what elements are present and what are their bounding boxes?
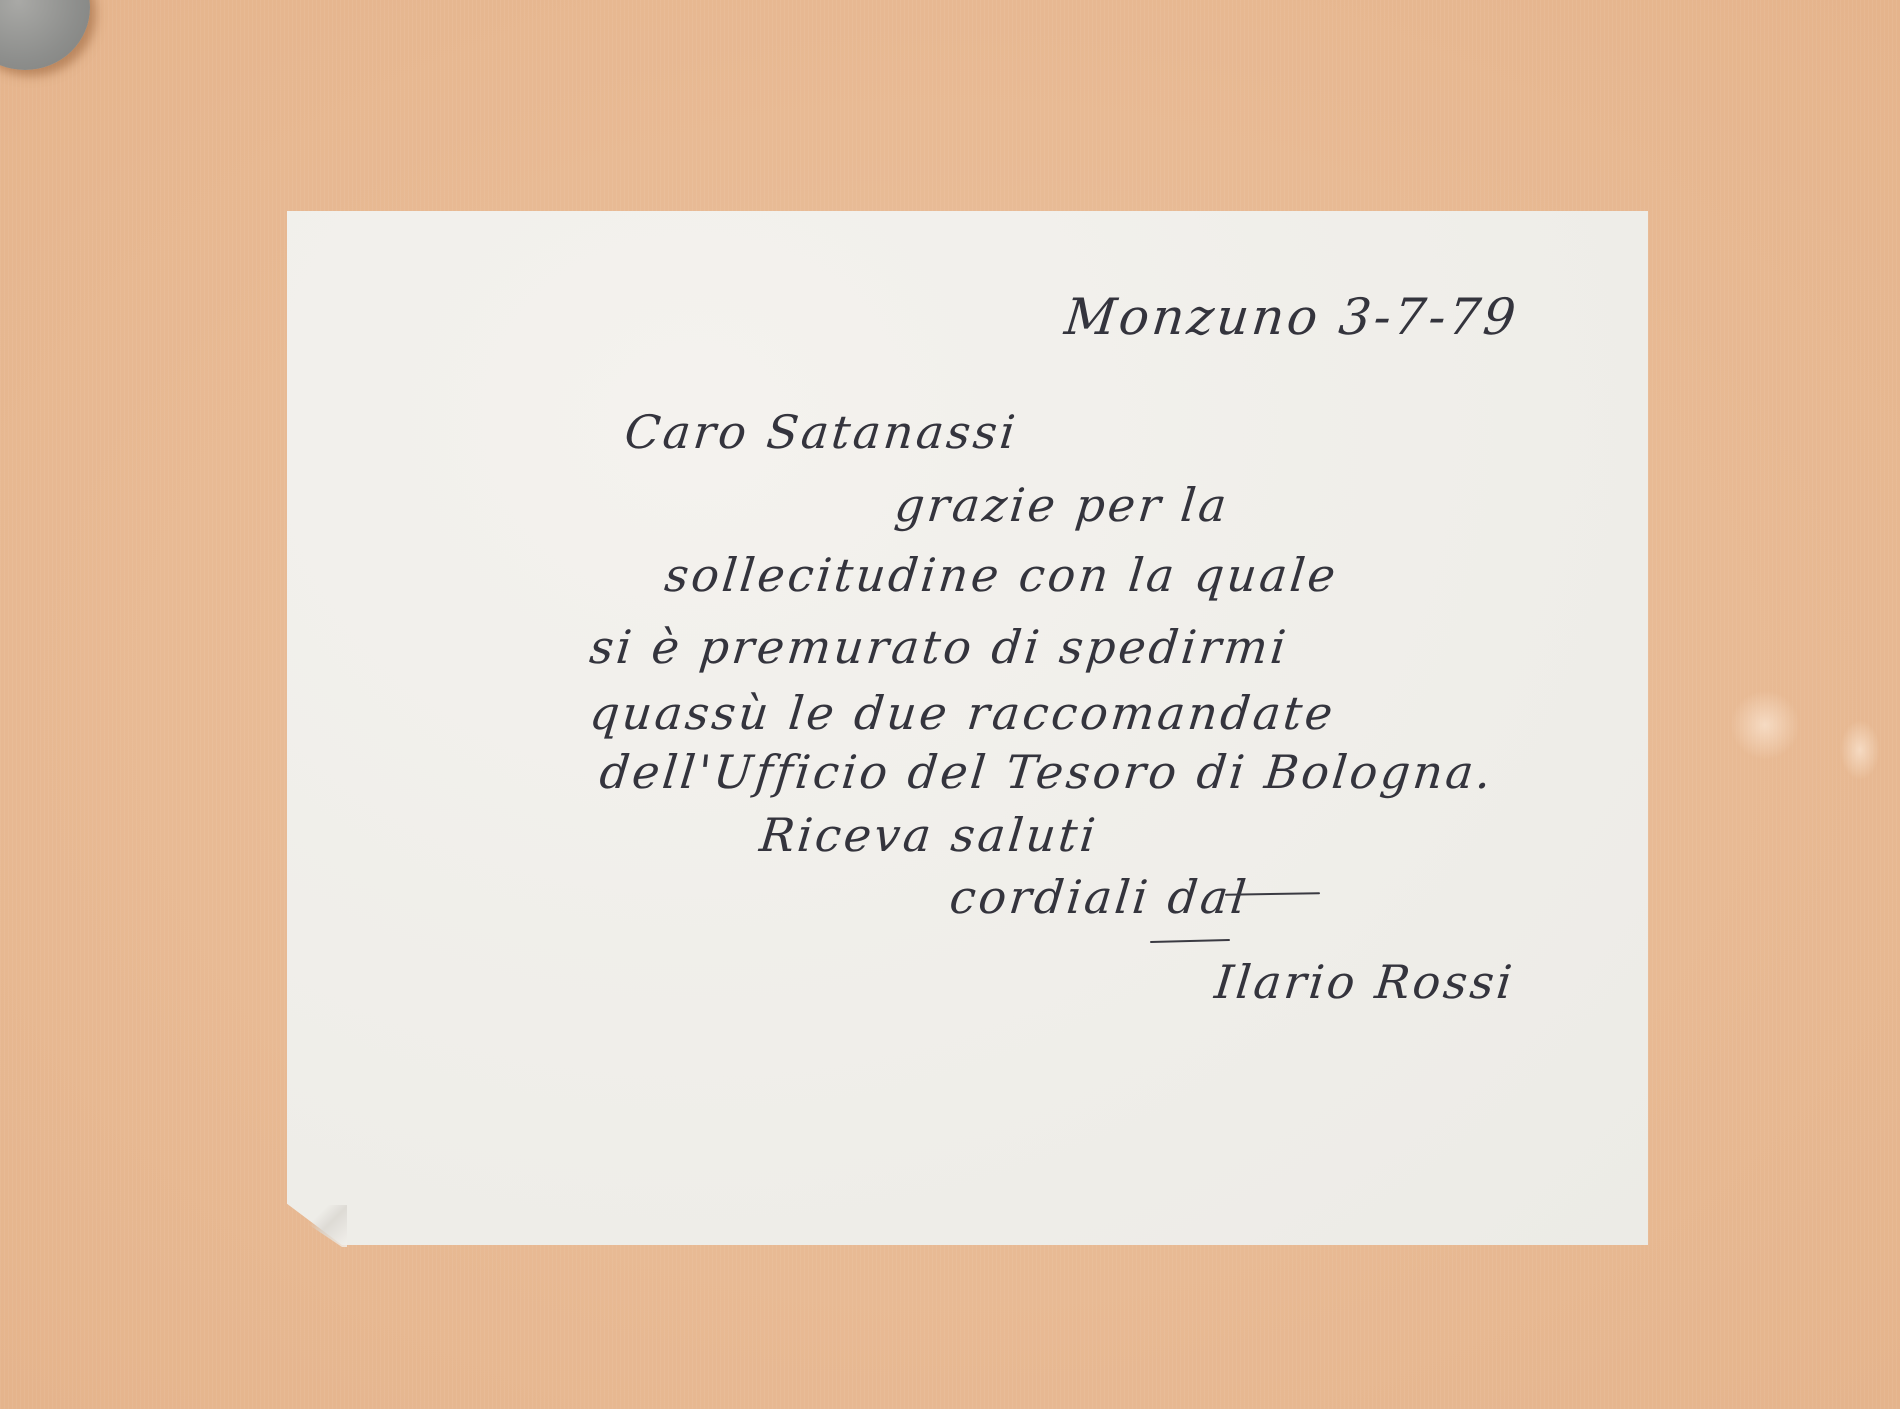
body-line: grazie per la (892, 478, 1232, 532)
paper-bump (1840, 720, 1880, 780)
body-line: sollecitudine con la quale (662, 548, 1341, 602)
closing-line: Riceva saluti (757, 808, 1101, 862)
body-line: dell'Ufficio del Tesoro di Bologna. (597, 745, 1496, 799)
body-line: quassù le due raccomandate (587, 686, 1338, 740)
body-line: si è premurato di spedirmi (587, 620, 1291, 674)
place-date: Monzuno 3-7-79 (1062, 288, 1521, 346)
signature: Ilario Rossi (1212, 955, 1517, 1009)
curled-corner (287, 1205, 347, 1247)
salutation: Caro Satanassi (622, 405, 1020, 459)
paper-bump (1730, 690, 1800, 760)
felt-pad (0, 0, 90, 70)
closing-line: cordiali dal (947, 870, 1251, 924)
